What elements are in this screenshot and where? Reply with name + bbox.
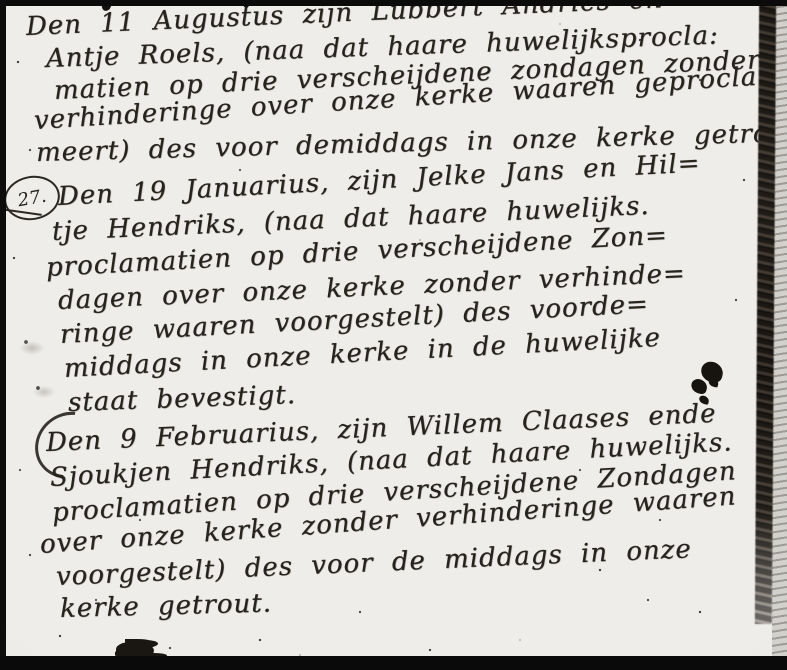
- scan-border-top: [0, 0, 787, 6]
- scan-border-bottom: [0, 656, 787, 670]
- margin-number: 27.: [16, 185, 48, 211]
- handwriting-line: kerke getrout.: [60, 588, 273, 624]
- scanned-document-page: Den 11 Augustus zijn Lubbert Andries en …: [0, 0, 787, 670]
- scan-border-left: [0, 0, 6, 670]
